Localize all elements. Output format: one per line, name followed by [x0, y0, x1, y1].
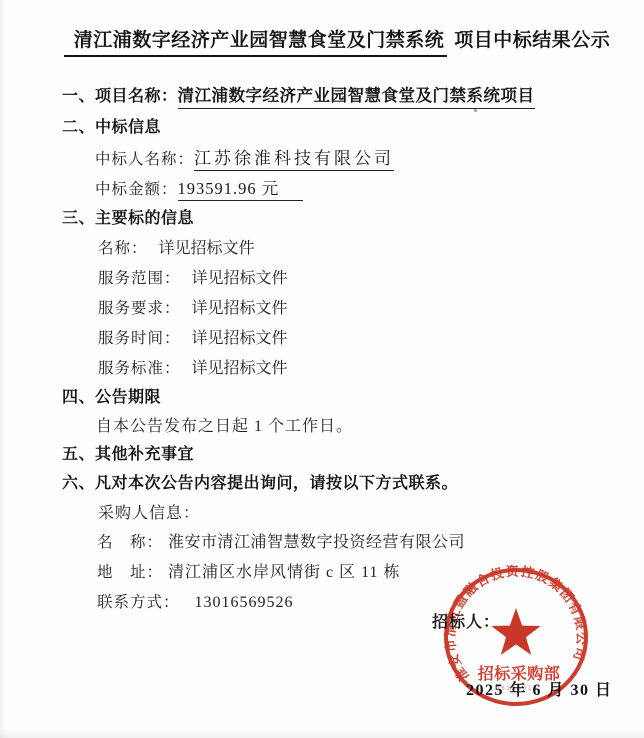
purchaser-info-heading: 采购人信息：	[98, 504, 200, 523]
section-2-heading: 二、中标信息	[62, 118, 161, 137]
purchaser-name-value: 淮安市清江浦智慧数字投资经营有限公司	[168, 534, 465, 551]
subject-row-requirement: 服务要求：详见招标文件	[98, 299, 288, 319]
section-3-heading: 三、主要标的信息	[62, 209, 194, 228]
winner-name-label: 中标人名称：	[95, 151, 194, 168]
official-seal: 淮安市清江盈融合投资控股集团有限公司 招标采购部 08120013	[437, 560, 595, 714]
subject-name-value: 详见招标文件	[159, 240, 255, 257]
seal-department-text: 招标采购部	[477, 664, 561, 683]
section-1-heading: 一、项目名称：	[62, 88, 178, 105]
section-5-heading: 五、其他补充事宜	[62, 445, 194, 464]
section-6-heading: 六、凡对本次公告内容提出询问，请按以下方式联系。	[62, 474, 458, 493]
purchaser-contact-label: 联系方式：	[97, 594, 180, 611]
title-rest: 项目中标结果公示	[454, 30, 610, 51]
scan-artifact-dot	[474, 109, 477, 112]
winner-amount-row: 中标金额：193591.96 元	[95, 179, 303, 201]
winner-name-value: 江苏徐淮科技有限公司	[194, 149, 394, 171]
section-4-heading: 四、公告期限	[62, 388, 161, 407]
notice-period-text: 自本公告发布之日起 1 个工作日。	[96, 417, 353, 436]
purchaser-address-value: 清江浦区水岸风情街 c 区 11 栋	[168, 564, 401, 581]
purchaser-address-label: 地 址：	[97, 564, 163, 581]
purchaser-contact-row: 联系方式：13016569526	[97, 593, 294, 613]
subject-row-scope: 服务范围：详见招标文件	[98, 269, 288, 289]
subject-standard-value: 详见招标文件	[192, 360, 288, 377]
winner-amount-value: 193591.96 元	[178, 179, 304, 201]
winner-name-row: 中标人名称：江苏徐淮科技有限公司	[95, 149, 394, 171]
announcement-document: 清江浦数字经济产业园智慧食堂及门禁系统项目中标结果公示 一、项目名称：清江浦数字…	[0, 0, 644, 738]
subject-row-standard: 服务标准：详见招标文件	[98, 359, 288, 379]
subject-row-time: 服务时间：详见招标文件	[98, 329, 288, 349]
purchaser-contact-value: 13016569526	[195, 594, 294, 611]
title-underlined-part: 清江浦数字经济产业园智慧食堂及门禁系统	[64, 30, 448, 57]
seal-code: 08120013	[496, 685, 539, 692]
subject-row-name: 名称：详见招标文件	[98, 239, 255, 259]
purchaser-name-row: 名 称：淮安市清江浦智慧数字投资经营有限公司	[97, 533, 465, 553]
subject-time-label: 服务时间：	[98, 330, 181, 347]
winner-amount-label: 中标金额：	[95, 181, 178, 198]
subject-requirement-label: 服务要求：	[98, 300, 181, 317]
subject-requirement-value: 详见招标文件	[192, 300, 288, 317]
purchaser-name-label: 名 称：	[97, 534, 163, 551]
section-1: 一、项目名称：清江浦数字经济产业园智慧食堂及门禁系统项目	[62, 87, 535, 109]
star-icon	[491, 608, 540, 655]
subject-time-value: 详见招标文件	[192, 330, 288, 347]
project-name-value: 清江浦数字经济产业园智慧食堂及门禁系统项目	[178, 87, 535, 109]
subject-standard-label: 服务标准：	[98, 360, 181, 377]
subject-scope-value: 详见招标文件	[192, 270, 288, 287]
document-title: 清江浦数字经济产业园智慧食堂及门禁系统项目中标结果公示	[30, 30, 644, 57]
subject-name-label: 名称：	[98, 240, 148, 257]
purchaser-address-row: 地 址：清江浦区水岸风情街 c 区 11 栋	[97, 563, 401, 583]
subject-scope-label: 服务范围：	[98, 270, 181, 287]
